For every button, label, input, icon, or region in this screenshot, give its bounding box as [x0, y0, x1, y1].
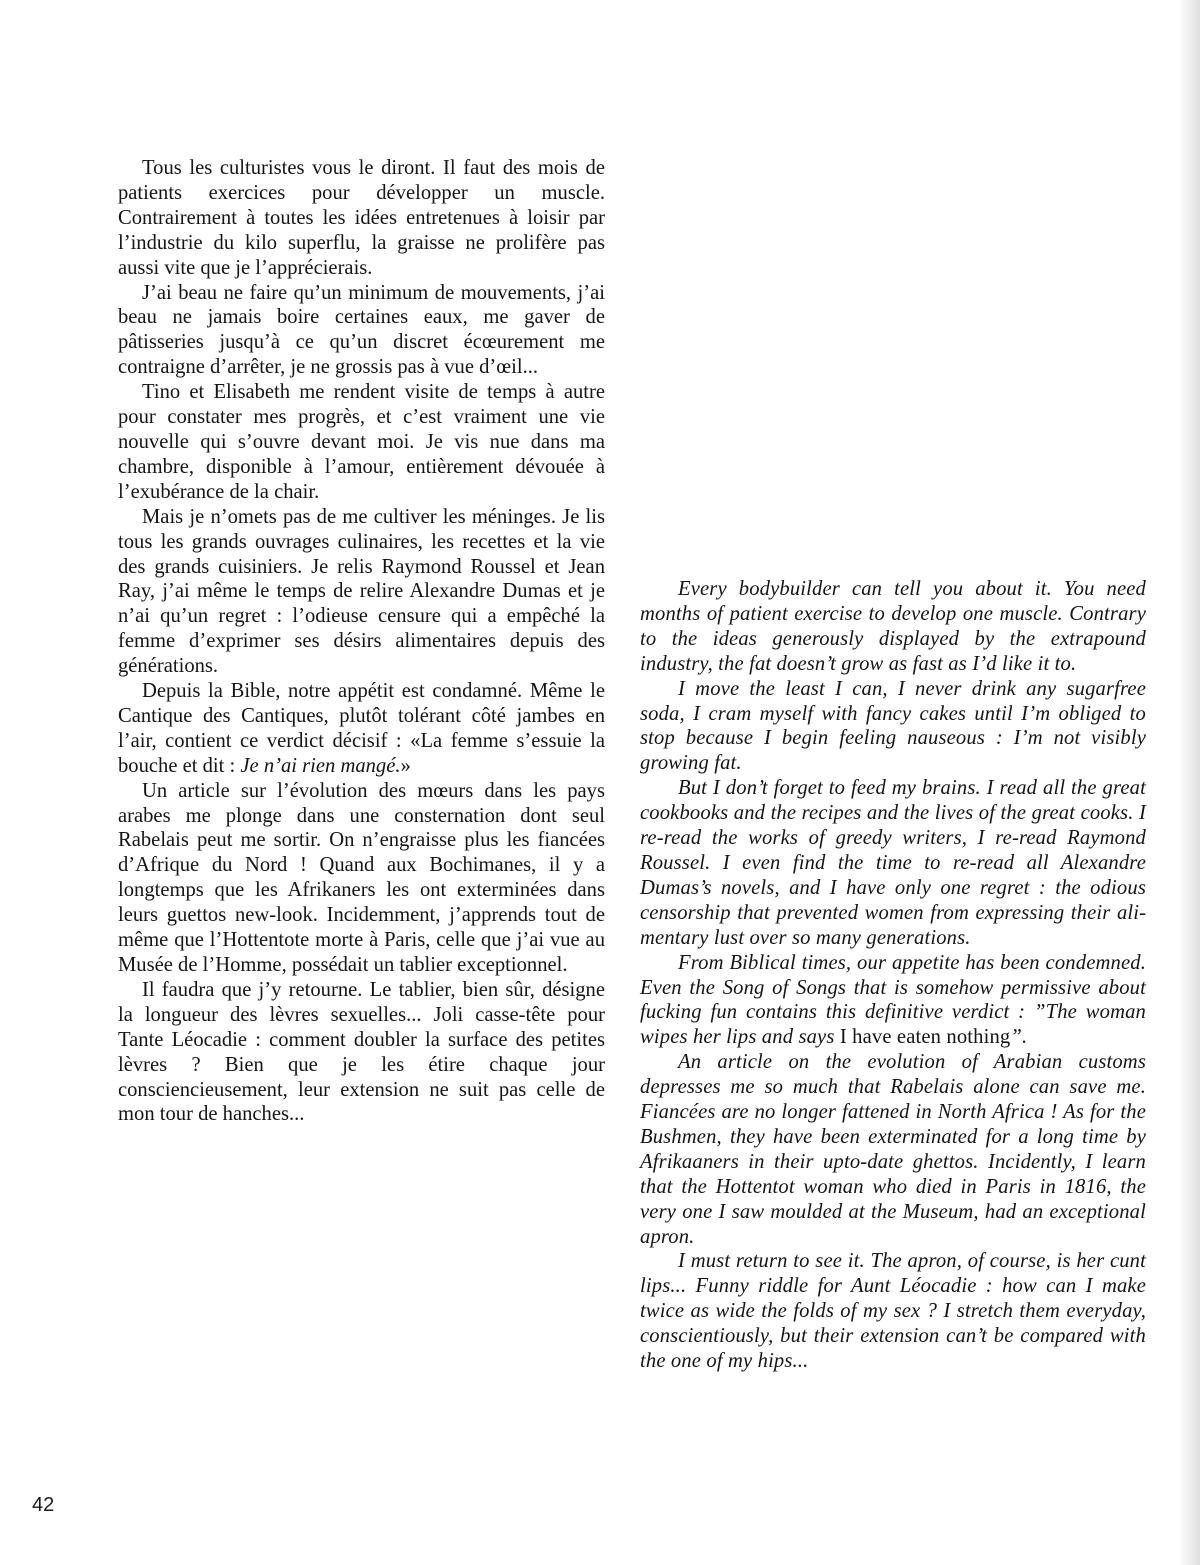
paragraph: But I don’t forget to feed my brains. I …: [640, 776, 1146, 950]
quoted-italic: Je n’ai rien mangé.: [240, 755, 400, 777]
paragraph: I move the least I can, I never drink an…: [640, 677, 1146, 777]
page-number: 42: [32, 1494, 54, 1517]
french-text-column: Tous les culturistes vous le diront. Il …: [118, 156, 605, 1127]
paragraph: Mais je n’omets pas de me cultiver les m…: [118, 505, 605, 679]
paragraph: I must return to see it. The apron, of c…: [640, 1249, 1146, 1374]
paragraph: An article on the evolution of Arabian c…: [640, 1050, 1146, 1249]
paragraph: From Biblical times, our appetite has be…: [640, 951, 1146, 1051]
english-text-column: Every bodybuilder can tell you about it.…: [640, 577, 1146, 1374]
paragraph: Tous les culturistes vous le diront. Il …: [118, 156, 605, 281]
paragraph: Tino et Elisabeth me rendent visite de t…: [118, 380, 605, 505]
quoted-roman: I have eaten nothing: [840, 1026, 1011, 1048]
paragraph: Un article sur l’évolution des mœurs dan…: [118, 779, 605, 978]
page-edge-shadow: [1178, 0, 1200, 1565]
paragraph: Il faudra que j’y retourne. Le tablier, …: [118, 978, 605, 1127]
paragraph: Every bodybuilder can tell you about it.…: [640, 577, 1146, 677]
paragraph: J’ai beau ne faire qu’un minimum de mouv…: [118, 281, 605, 381]
paragraph: Depuis la Bible, notre appétit est conda…: [118, 679, 605, 779]
